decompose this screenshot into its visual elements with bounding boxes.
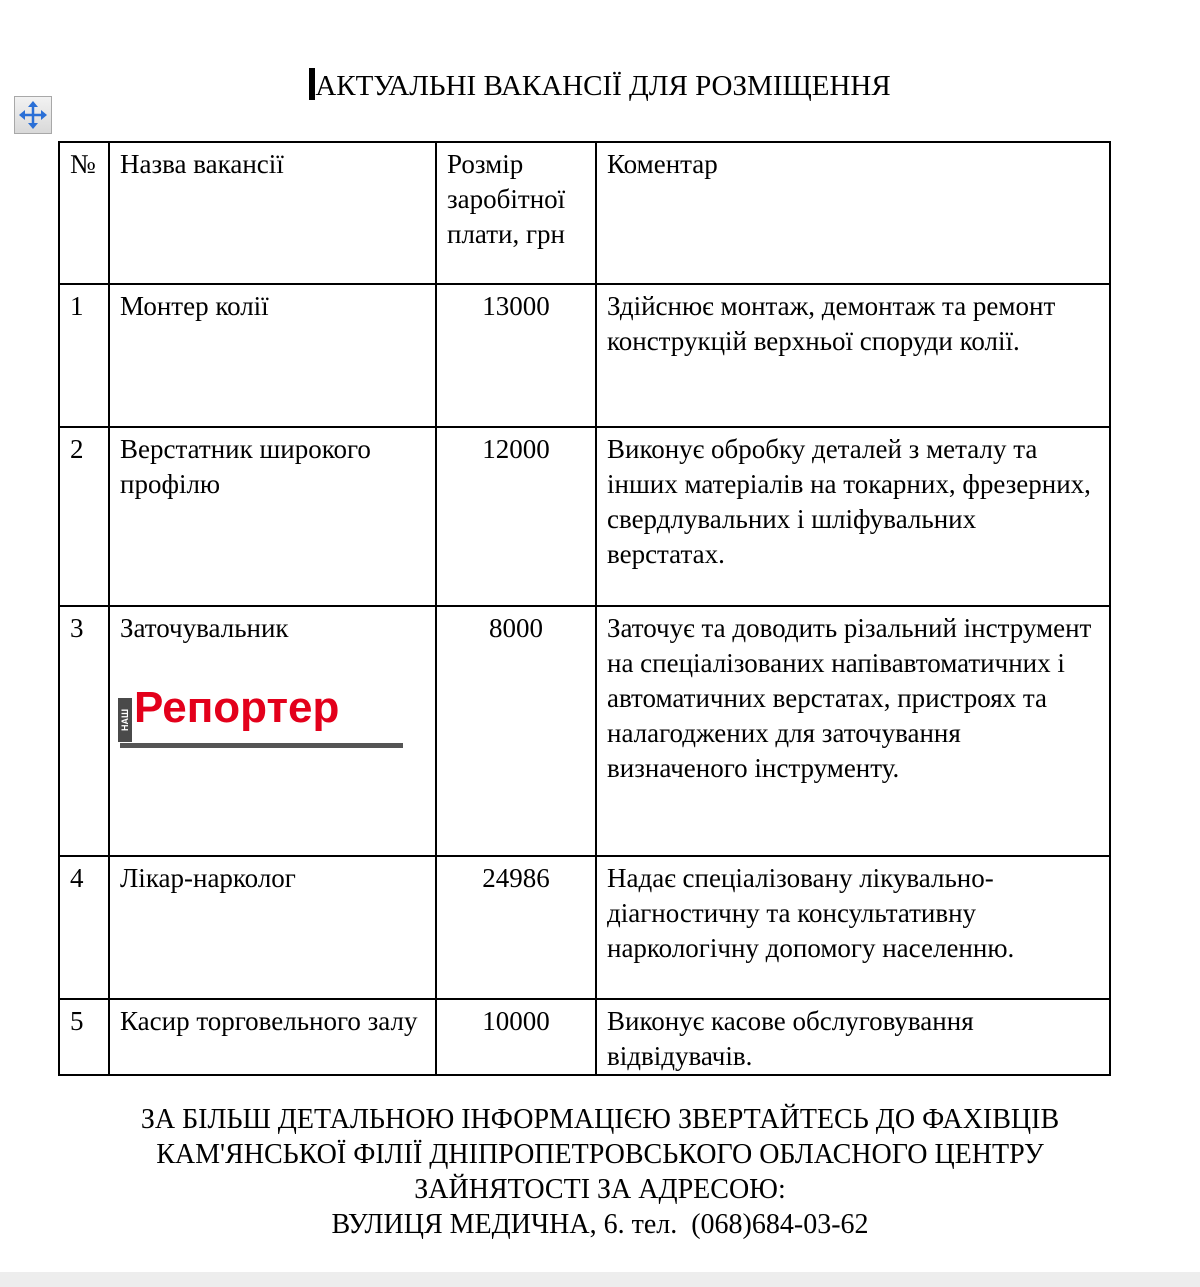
table-row: 3 Заточувальник НАШ Репортер 8000 Заточу…: [59, 606, 1110, 856]
row-comment: Надає спеціалізовану лікувально-діагност…: [596, 856, 1110, 999]
header-comment: Коментар: [596, 142, 1110, 284]
footer-line: ЗАЙНЯТОСТІ ЗА АДРЕСОЮ:: [0, 1172, 1200, 1207]
table-header-row: № Назва вакансії Розмір заробітної плати…: [59, 142, 1110, 284]
document-title: АКТУАЛЬНІ ВАКАНСІЇ ДЛЯ РОЗМІЩЕННЯ: [0, 68, 1200, 103]
row-salary: 10000: [436, 999, 596, 1075]
header-number: №: [59, 142, 109, 284]
row-salary: 8000: [436, 606, 596, 856]
header-name: Назва вакансії: [109, 142, 436, 284]
table-row: 4 Лікар-нарколог 24986 Надає спеціалізов…: [59, 856, 1110, 999]
logo-prefix: НАШ: [118, 698, 132, 742]
contact-footer: ЗА БІЛЬШ ДЕТАЛЬНОЮ ІНФОРМАЦІЄЮ ЗВЕРТАЙТЕ…: [0, 1102, 1200, 1242]
footer-line: КАМ'ЯНСЬКОЇ ФІЛІЇ ДНІПРОПЕТРОВСЬКОГО ОБЛ…: [0, 1137, 1200, 1172]
row-name: Касир торговельного залу: [109, 999, 436, 1075]
row-number: 4: [59, 856, 109, 999]
document-title-text: АКТУАЛЬНІ ВАКАНСІЇ ДЛЯ РОЗМІЩЕННЯ: [315, 70, 890, 102]
logo-underline: [120, 743, 403, 748]
row-number: 5: [59, 999, 109, 1075]
row-salary: 24986: [436, 856, 596, 999]
watermark-logo: НАШ Репортер: [120, 696, 405, 756]
logo-brand: Репортер: [134, 690, 339, 725]
row-comment: Здійснює монтаж, демонтаж та ремонт конс…: [596, 284, 1110, 427]
row-name-cell: Заточувальник НАШ Репортер: [109, 606, 436, 856]
row-salary: 12000: [436, 427, 596, 606]
row-name: Монтер колії: [109, 284, 436, 427]
footer-line: ЗА БІЛЬШ ДЕТАЛЬНОЮ ІНФОРМАЦІЄЮ ЗВЕРТАЙТЕ…: [0, 1102, 1200, 1137]
vacancies-table: № Назва вакансії Розмір заробітної плати…: [58, 141, 1111, 1076]
page-bottom-strip: [0, 1272, 1200, 1287]
table-row: 2 Верстатник широкого профілю 12000 Вико…: [59, 427, 1110, 606]
row-comment: Виконує обробку деталей з металу та інши…: [596, 427, 1110, 606]
row-comment: Заточує та доводить різальний інструмент…: [596, 606, 1110, 856]
row-number: 2: [59, 427, 109, 606]
row-number: 1: [59, 284, 109, 427]
footer-line: ВУЛИЦЯ МЕДИЧНА, 6. тел. (068)684-03-62: [0, 1207, 1200, 1242]
move-arrows-icon: [18, 100, 48, 130]
header-salary: Розмір заробітної плати, грн: [436, 142, 596, 284]
table-move-handle[interactable]: [14, 96, 52, 134]
row-name: Лікар-нарколог: [109, 856, 436, 999]
row-salary: 13000: [436, 284, 596, 427]
table-row: 5 Касир торговельного залу 10000 Виконує…: [59, 999, 1110, 1075]
row-comment: Виконує касове обслуговування відвідувач…: [596, 999, 1110, 1075]
row-number: 3: [59, 606, 109, 856]
row-name: Верстатник широкого профілю: [109, 427, 436, 606]
table-row: 1 Монтер колії 13000 Здійснює монтаж, де…: [59, 284, 1110, 427]
row-name: Заточувальник: [120, 611, 425, 646]
